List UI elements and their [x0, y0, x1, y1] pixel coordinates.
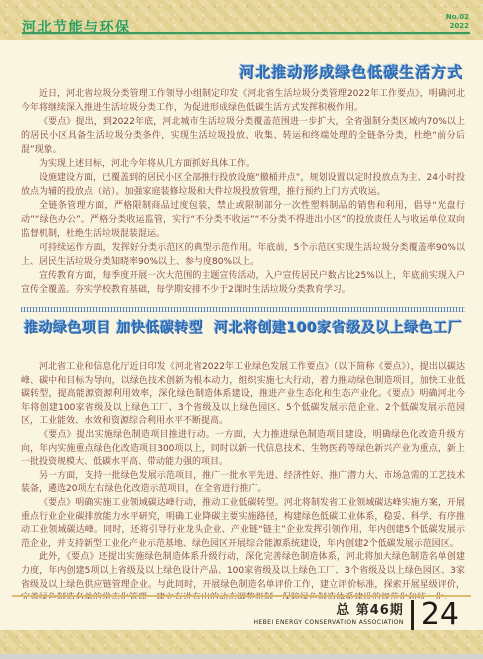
- article-paragraph: 宣传教育方面，每季度开展一次大范围的主题宣传活动，入户宣传居民户数占比25%以上…: [21, 269, 465, 297]
- article-separator: [21, 307, 465, 312]
- article-paragraph: 为实现上述目标，河北今年将从几方面抓好具体工作。: [21, 157, 465, 171]
- article-paragraph: 设施建设方面，已覆盖到的居民小区全部推行投放设施“撤桶并点”，规划设置以定时投放…: [21, 171, 465, 199]
- article1-headline: 河北推动形成绿色低碳生活方式: [21, 62, 465, 83]
- footer-issue-label: 总 第46期: [254, 603, 404, 618]
- magazine-page: 河北节能与环保 No.02 2022 河北推动形成绿色低碳生活方式 近日，河北省…: [0, 0, 483, 659]
- issue-number: No.02: [446, 13, 469, 22]
- footer-rule: [12, 595, 471, 597]
- footer: 总 第46期 HEBEI ENERGY CONSERVATION ASSOCIA…: [254, 600, 459, 630]
- footer-divider: [411, 600, 414, 630]
- footer-association-name: HEBEI ENERGY CONSERVATION ASSOCIATION: [254, 619, 404, 627]
- article-paragraph: 《要点》明确实施工业领域碳达峰行动，推动工业低碳转型。河北将制发省工业领域碳达峰…: [21, 497, 465, 551]
- article2-body: 河北省工业和信息化厅近日印发《河北省2022年工业绿色发展工作要点》（以下简称《…: [21, 361, 465, 599]
- article1-body: 近日，河北省垃圾分类管理工作领导小组制定印发《河北省生活垃圾分类管理2022年工…: [21, 87, 465, 297]
- masthead-underline: [22, 32, 470, 35]
- article2-headline: 推动绿色项目 加快低碳转型 河北将创建100家省级及以上绿色工厂: [21, 318, 465, 338]
- article-paragraph: 可持续运作方面，发挥好分类示范区的典型示范作用。年底前，5个示范区实现生活垃圾分…: [21, 241, 465, 269]
- article-paragraph: 另一方面，支持一批绿色发展示范项目，推广一批水平先进、经济性好、推广潜力大、市场…: [21, 470, 465, 497]
- page-content: 河北推动形成绿色低碳生活方式 近日，河北省垃圾分类管理工作领导小组制定印发《河北…: [0, 40, 483, 599]
- article-paragraph: 河北省工业和信息化厅近日印发《河北省2022年工业绿色发展工作要点》（以下简称《…: [21, 361, 465, 429]
- article-paragraph: 此外，《要点》还提出实施绿色制造体系升级行动，深化完善绿色制造体系，河北将加大绿…: [21, 551, 465, 599]
- bottom-edge-strip: [0, 654, 483, 659]
- footer-text: 总 第46期 HEBEI ENERGY CONSERVATION ASSOCIA…: [254, 603, 404, 627]
- page-number: 24: [421, 600, 459, 630]
- article-paragraph: 全链条管理方面，严格限制商品过度包装，禁止或限制部分一次性塑料制品的销售和利用，…: [21, 199, 465, 241]
- issue-year: 2022: [446, 22, 469, 31]
- bottom-band: [0, 630, 483, 654]
- article-paragraph: 《要点》提出实施绿色制造项目推进行动。一方面，大力推进绿色制造项目建设，明确绿色…: [21, 429, 465, 470]
- issue-info: No.02 2022: [446, 13, 469, 30]
- article-paragraph: 《要点》提出，到2022年底，河北城市生活垃圾分类覆盖范围进一步扩大，全省强制分…: [21, 115, 465, 157]
- article-paragraph: 近日，河北省垃圾分类管理工作领导小组制定印发《河北省生活垃圾分类管理2022年工…: [21, 87, 465, 115]
